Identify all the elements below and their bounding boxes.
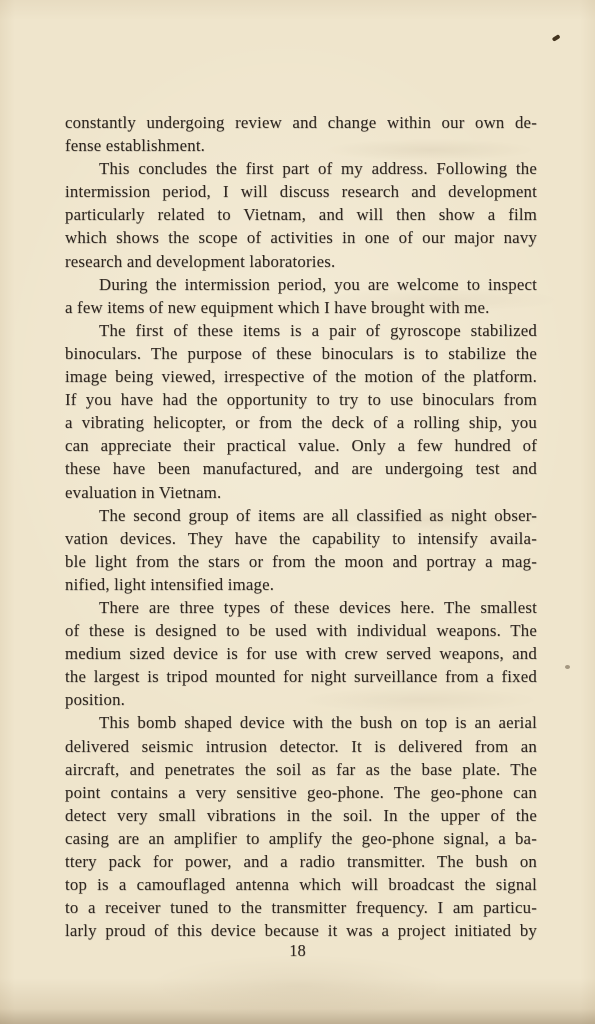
paragraph: There are three types of these devices h…: [65, 596, 537, 711]
ink-speck: [565, 665, 570, 669]
text-line: evaluation in Vietnam.: [65, 481, 537, 504]
text-line: the largest is tripod mounted for night …: [65, 665, 537, 688]
text-line: This concludes the first part of my addr…: [65, 157, 537, 180]
text-line: research and development laboratories.: [65, 250, 537, 273]
text-line: nified, light intensified image.: [65, 573, 537, 596]
text-line: There are three types of these devices h…: [65, 596, 537, 619]
text-line: constantly undergoing review and change …: [65, 111, 537, 134]
text-line: During the intermission period, you are …: [65, 273, 537, 296]
text-line: top is a camouflaged antenna which will …: [65, 873, 537, 896]
ink-speck: [552, 34, 561, 41]
text-line: particularly related to Vietnam, and wil…: [65, 203, 537, 226]
text-line: of these is designed to be used with ind…: [65, 619, 537, 642]
text-line: aircraft, and penetrates the soil as far…: [65, 758, 537, 781]
text-line: a few items of new equipment which I hav…: [65, 296, 537, 319]
text-line: point contains a very sensitive geo-phon…: [65, 781, 537, 804]
text-line: If you have had the opportunity to try t…: [65, 388, 537, 411]
paragraph: This concludes the first part of my addr…: [65, 157, 537, 272]
text-line: larly proud of this device because it wa…: [65, 919, 537, 942]
text-line: to a receiver tuned to the transmitter f…: [65, 896, 537, 919]
text-line: detect very small vibrations in the soil…: [65, 804, 537, 827]
text-line: medium sized device is for use with crew…: [65, 642, 537, 665]
text-line: intermission period, I will discuss rese…: [65, 180, 537, 203]
text-block: constantly undergoing review and change …: [65, 111, 537, 942]
text-line: can appreciate their practical value. On…: [65, 434, 537, 457]
scanned-book-page: constantly undergoing review and change …: [0, 0, 595, 1024]
paragraph: During the intermission period, you are …: [65, 273, 537, 319]
page-number: 18: [0, 941, 595, 961]
text-line: these have been manufactured, and are un…: [65, 457, 537, 480]
text-line: casing are an amplifier to amplify the g…: [65, 827, 537, 850]
text-line: a vibrating helicopter, or from the deck…: [65, 411, 537, 434]
text-line: fense establishment.: [65, 134, 537, 157]
text-line: delivered seismic intrusion detector. It…: [65, 735, 537, 758]
text-line: ble light from the stars or from the moo…: [65, 550, 537, 573]
text-line: ttery pack for power, and a radio transm…: [65, 850, 537, 873]
text-line: binoculars. The purpose of these binocul…: [65, 342, 537, 365]
paragraph: This bomb shaped device with the bush on…: [65, 711, 537, 942]
text-line: image being viewed, irrespective of the …: [65, 365, 537, 388]
text-line: which shows the scope of activities in o…: [65, 226, 537, 249]
paragraph: The first of these items is a pair of gy…: [65, 319, 537, 504]
text-line: The first of these items is a pair of gy…: [65, 319, 537, 342]
text-line: position.: [65, 688, 537, 711]
text-line: The second group of items are all classi…: [65, 504, 537, 527]
text-line: This bomb shaped device with the bush on…: [65, 711, 537, 734]
text-line: vation devices. They have the capability…: [65, 527, 537, 550]
paragraph: The second group of items are all classi…: [65, 504, 537, 596]
paragraph: constantly undergoing review and change …: [65, 111, 537, 157]
